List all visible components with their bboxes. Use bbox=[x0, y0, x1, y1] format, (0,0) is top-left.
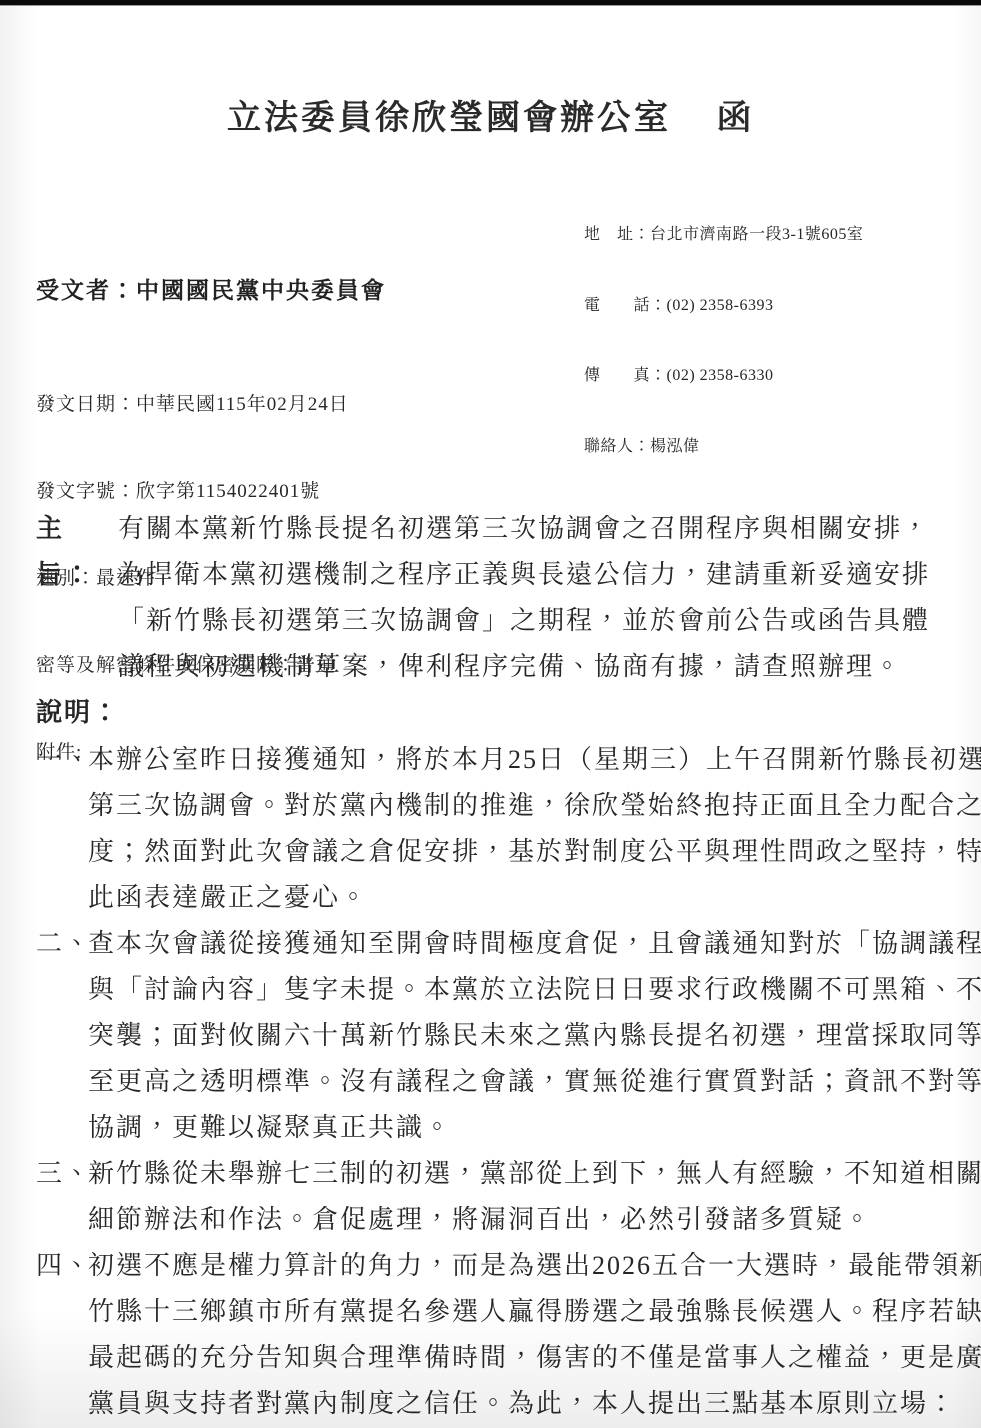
explanation-item-3: 三、 新竹縣從未舉辦七三制的初選，黨部從上到下，無人有經驗，不知道相關 細節辦法… bbox=[36, 1151, 981, 1243]
item-line: 細節辦法和作法。倉促處理，將漏洞百出，必然引發諸多質疑。 bbox=[88, 1197, 981, 1243]
explanation-list: 一、 本辦公室昨日接獲通知，將於本月25日（星期三）上午召開新竹縣長初選 第三次… bbox=[36, 737, 981, 1427]
item-line: 第三次協調會。對於黨內機制的推進，徐欣瑩始終抱持正面且全力配合之態 bbox=[88, 783, 981, 829]
sender-address: 地 址：台北市濟南路一段3-1號605室 bbox=[584, 223, 863, 247]
meta-ref-number: 發文字號：欣字第1154022401號 bbox=[36, 477, 349, 506]
item-text: 初選不應是權力算計的角力，而是為選出2026五合一大選時，最能帶領新 竹縣十三鄉… bbox=[88, 1243, 981, 1427]
item-line: 新竹縣從未舉辦七三制的初選，黨部從上到下，無人有經驗，不知道相關 bbox=[88, 1151, 981, 1197]
subject-label: 主旨： bbox=[36, 506, 118, 598]
item-line: 與「討論內容」隻字未提。本黨於立法院日日要求行政機關不可黑箱、不可 bbox=[88, 967, 981, 1013]
explanation-item-2: 二、 查本次會議從接獲通知至開會時間極度倉促，且會議通知對於「協調議程」 與「討… bbox=[36, 921, 981, 1151]
document-title-office: 立法委員徐欣瑩國會辦公室 bbox=[227, 100, 671, 137]
explanation-item-1: 一、 本辦公室昨日接獲通知，將於本月25日（星期三）上午召開新竹縣長初選 第三次… bbox=[36, 737, 981, 921]
scan-top-edge-bar bbox=[0, 0, 981, 6]
sender-contact-block: 地 址：台北市濟南路一段3-1號605室 電 話：(02) 2358-6393 … bbox=[584, 176, 863, 505]
item-line: 協調，更難以凝聚真正共識。 bbox=[88, 1105, 981, 1151]
item-line: 本辦公室昨日接獲通知，將於本月25日（星期三）上午召開新竹縣長初選 bbox=[88, 737, 981, 783]
subject-text: 有關本黨新竹縣長提名初選第三次協調會之召開程序與相關安排， 為捍衛本黨初選機制之… bbox=[118, 506, 930, 690]
item-line: 此函表達嚴正之憂心。 bbox=[88, 875, 981, 921]
item-marker: 三、 bbox=[36, 1151, 88, 1197]
item-text: 新竹縣從未舉辦七三制的初選，黨部從上到下，無人有經驗，不知道相關 細節辦法和作法… bbox=[88, 1151, 981, 1243]
document-title-doc-type: 函 bbox=[717, 100, 754, 137]
item-marker: 四、 bbox=[36, 1243, 88, 1289]
item-line: 最起碼的充分告知與合理準備時間，傷害的不僅是當事人之權益，更是廣大 bbox=[88, 1335, 981, 1381]
explanation-label: 說明： bbox=[36, 692, 120, 729]
subject-line: 議程與初選機制草案，俾利程序完備、協商有據，請查照辦理。 bbox=[118, 644, 930, 690]
sender-phone: 電 話：(02) 2358-6393 bbox=[584, 294, 863, 318]
item-line: 查本次會議從接獲通知至開會時間極度倉促，且會議通知對於「協調議程」 bbox=[88, 921, 981, 967]
item-marker: 一、 bbox=[36, 737, 88, 783]
sender-fax: 傳 真：(02) 2358-6330 bbox=[584, 364, 863, 388]
subject-line: 「新竹縣長初選第三次協調會」之期程，並於會前公告或函告具體 bbox=[118, 598, 930, 644]
item-marker: 二、 bbox=[36, 921, 88, 967]
scanned-official-letter: 立法委員徐欣瑩國會辦公室函 地 址：台北市濟南路一段3-1號605室 電 話：(… bbox=[0, 0, 981, 1428]
item-line: 竹縣十三鄉鎮市所有黨提名參選人贏得勝選之最強縣長候選人。程序若缺乏 bbox=[88, 1289, 981, 1335]
subject-section: 主旨： 有關本黨新竹縣長提名初選第三次協調會之召開程序與相關安排， 為捍衛本黨初… bbox=[36, 506, 930, 690]
explanation-item-4: 四、 初選不應是權力算計的角力，而是為選出2026五合一大選時，最能帶領新 竹縣… bbox=[36, 1243, 981, 1427]
item-line: 度；然面對此次會議之倉促安排，基於對制度公平與理性問政之堅持，特發 bbox=[88, 829, 981, 875]
item-line: 黨員與支持者對黨內制度之信任。為此，本人提出三點基本原則立場： bbox=[88, 1381, 981, 1427]
recipient-line: 受文者：中國國民黨中央委員會 bbox=[36, 272, 386, 305]
meta-issue-date: 發文日期：中華民國115年02月24日 bbox=[36, 390, 349, 419]
sender-contact-person: 聯絡人：楊泓偉 bbox=[584, 435, 863, 459]
subject-line: 有關本黨新竹縣長提名初選第三次協調會之召開程序與相關安排， bbox=[118, 506, 930, 552]
item-line: 初選不應是權力算計的角力，而是為選出2026五合一大選時，最能帶領新 bbox=[88, 1243, 981, 1289]
document-title: 立法委員徐欣瑩國會辦公室函 bbox=[0, 90, 981, 139]
item-line: 突襲；面對攸關六十萬新竹縣民未來之黨內縣長提名初選，理當採取同等甚 bbox=[88, 1013, 981, 1059]
subject-line: 為捍衛本黨初選機制之程序正義與長遠公信力，建請重新妥適安排 bbox=[118, 552, 930, 598]
item-text: 本辦公室昨日接獲通知，將於本月25日（星期三）上午召開新竹縣長初選 第三次協調會… bbox=[88, 737, 981, 921]
item-text: 查本次會議從接獲通知至開會時間極度倉促，且會議通知對於「協調議程」 與「討論內容… bbox=[88, 921, 981, 1151]
item-line: 至更高之透明標準。沒有議程之會議，實無從進行實質對話；資訊不對等之 bbox=[88, 1059, 981, 1105]
